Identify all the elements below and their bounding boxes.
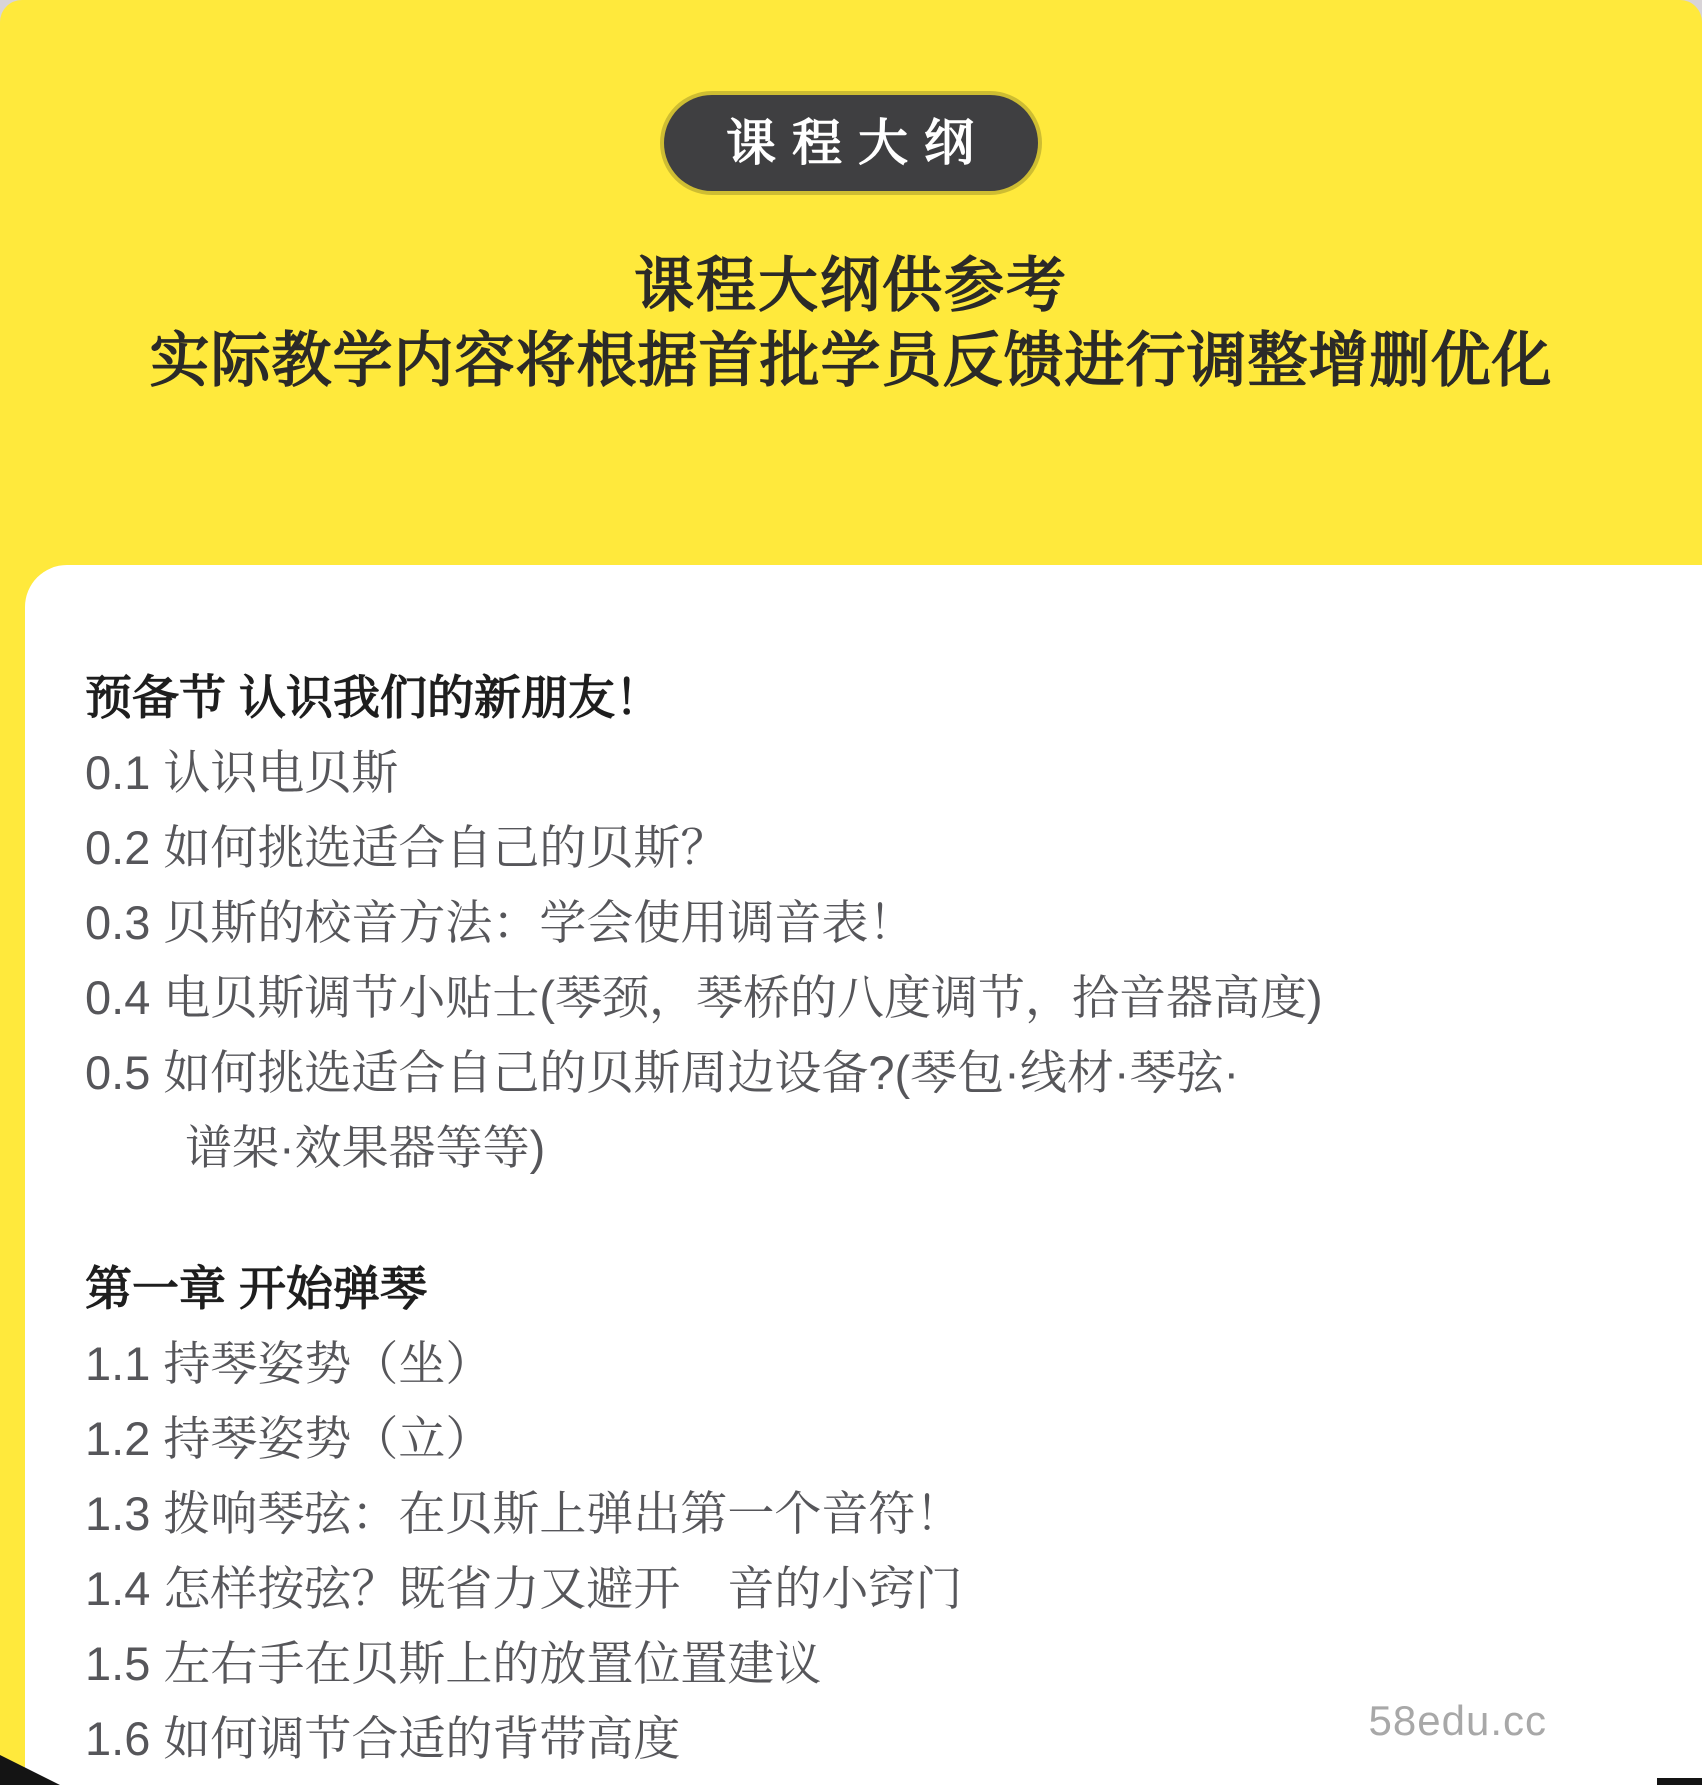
outline-item: 1.2 持琴姿势（立） <box>85 1401 1672 1476</box>
subtitle-line-2: 实际教学内容将根据首批学员反馈进行调整增删优化 <box>0 323 1702 398</box>
course-outline-page: 课程大纲 课程大纲供参考 实际教学内容将根据首批学员反馈进行调整增删优化 预备节… <box>0 0 1702 1785</box>
outline-item: 1.4 怎样按弦？既省力又避开 音的小窍门 <box>85 1551 1672 1626</box>
section-title: 预备节 认识我们的新朋友！ <box>85 660 1672 735</box>
header-section: 课程大纲 课程大纲供参考 实际教学内容将根据首批学员反馈进行调整增删优化 <box>0 0 1702 565</box>
outline-item: 0.2 如何挑选适合自己的贝斯？ <box>85 810 1672 885</box>
course-outline-badge: 课程大纲 <box>664 95 1038 191</box>
outline-item: 0.1 认识电贝斯 <box>85 735 1672 810</box>
watermark-text: 58edu.cc <box>1369 1697 1547 1745</box>
outline-card: 预备节 认识我们的新朋友！ 0.1 认识电贝斯 0.2 如何挑选适合自己的贝斯？… <box>25 565 1702 1785</box>
outline-item: 1.5 左右手在贝斯上的放置位置建议 <box>85 1626 1672 1701</box>
outline-item: 1.1 持琴姿势（坐） <box>85 1326 1672 1401</box>
section-preparation: 预备节 认识我们的新朋友！ 0.1 认识电贝斯 0.2 如何挑选适合自己的贝斯？… <box>85 660 1672 1185</box>
corner-artifact-bottom-right <box>1657 1778 1702 1785</box>
subtitle-line-1: 课程大纲供参考 <box>0 248 1702 323</box>
outline-item: 1.3 拨响琴弦：在贝斯上弹出第一个音符！ <box>85 1476 1672 1551</box>
outline-item: 0.4 电贝斯调节小贴士(琴颈，琴桥的八度调节，拾音器高度) <box>85 960 1672 1035</box>
outline-item: 0.5 如何挑选适合自己的贝斯周边设备?(琴包·线材·琴弦· 谱架·效果器等等) <box>85 1035 1672 1185</box>
outline-item: 0.3 贝斯的校音方法：学会使用调音表！ <box>85 885 1672 960</box>
section-title: 第一章 开始弹琴 <box>85 1251 1672 1326</box>
